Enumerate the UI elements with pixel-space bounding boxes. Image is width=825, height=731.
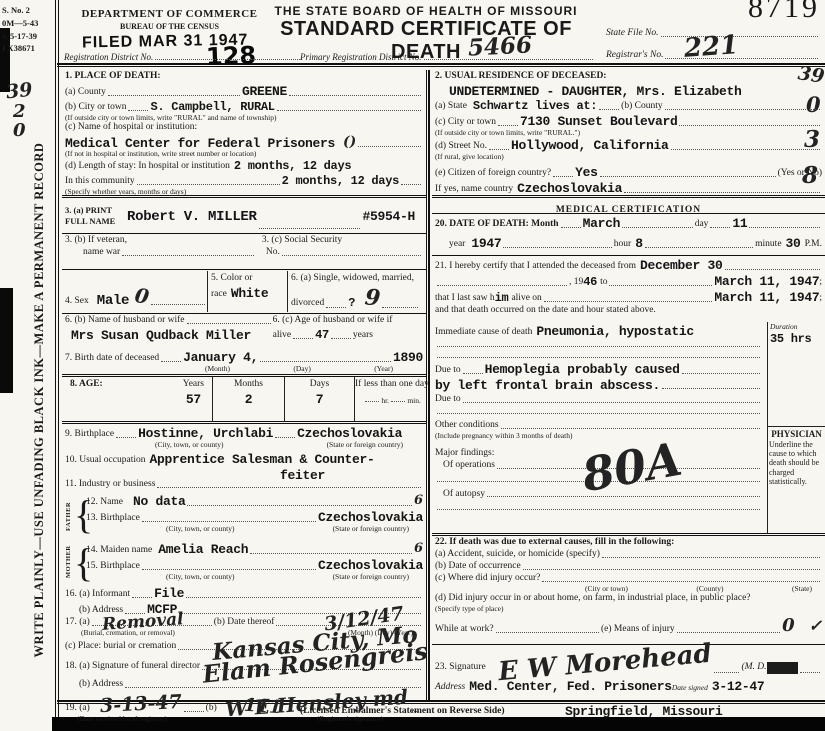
19-prefix: , 19 xyxy=(569,277,583,289)
fill-line xyxy=(391,400,405,402)
fill-line xyxy=(679,124,820,126)
spouse-name-field: 6. (b) Name of husband or wife Mrs Susan… xyxy=(65,315,273,347)
other-conditions-label: Other conditions xyxy=(435,420,499,432)
due-to-value-line1: Hemoplegia probably caused xyxy=(485,362,680,377)
informant-value: File xyxy=(154,586,184,601)
date-of-death-block: 20. DATE OF DEATH: Month March day 11 ye… xyxy=(432,214,825,256)
spouse-age-label: 6. (c) Age of husband or wife if xyxy=(273,315,423,327)
fill-line xyxy=(331,337,351,339)
length-note: (Specify whether years, months or days) xyxy=(65,188,423,196)
death-year-value: 1947 xyxy=(471,236,501,251)
sex-race-marital-row: 4. Sex Male 0 5. Color or race White 6. … xyxy=(62,270,426,314)
spouse-age-value: 47 xyxy=(315,328,329,342)
years-header: Years xyxy=(183,379,204,391)
fill-line xyxy=(187,322,271,324)
spouse-name-value: Mrs Susan Qudback Miller xyxy=(71,328,273,343)
state-label: (a) State xyxy=(435,101,467,113)
fill-line xyxy=(437,508,760,510)
county-label: (b) County xyxy=(621,101,662,113)
country-row: If yes, name country Czechoslovakia xyxy=(435,180,822,196)
section-heading: 2. USUAL RESIDENCE OF DECEASED: xyxy=(435,71,822,83)
mother-name-label: 14. Maiden name xyxy=(86,545,152,557)
fill-line xyxy=(725,268,820,270)
fill-line xyxy=(503,246,611,248)
date-received-handwritten: 3-13-47 xyxy=(99,691,182,717)
ssn-label: 3. (c) Social Security xyxy=(262,235,423,247)
month-note: (Month) xyxy=(205,365,230,373)
duration-label: Duration xyxy=(770,323,823,331)
birthplace-note-2: (State or foreign country) xyxy=(327,441,403,449)
duration-value: 35 hrs xyxy=(770,332,823,346)
birth-date-row: 7. Birth date of deceased January 4, 189… xyxy=(62,348,426,374)
fill-line xyxy=(463,401,760,403)
brace-glyph: { xyxy=(74,493,86,539)
alive-label: alive xyxy=(273,330,291,342)
certify-line1: 21. I hereby certify that I attended the… xyxy=(435,261,636,273)
birthplace-city-value: Hostinne, Urchlabi xyxy=(138,426,273,441)
injury-city-note: (City or town) xyxy=(585,585,628,593)
age-years: Years 57 xyxy=(183,379,204,419)
father-birthplace-label: 13. Birthplace xyxy=(86,513,140,525)
fill-line xyxy=(282,254,421,256)
father-block: FATHER { 12. Name No data 6 13. Birthpla… xyxy=(62,492,426,540)
death-minute-value: 30 xyxy=(786,236,801,251)
full-name-label-line2: FULL NAME xyxy=(65,216,127,227)
father-name-label: 12. Name xyxy=(86,497,123,509)
year-note: (Year) xyxy=(374,365,393,373)
right-column: 2. USUAL RESIDENCE OF DECEASED: UNDETERM… xyxy=(432,70,825,686)
occupation-row: 10. Usual occupation Apprentice Salesman… xyxy=(62,450,426,478)
left-column: 1. PLACE OF DEATH: (a) County GREENE (b)… xyxy=(62,70,426,718)
mother-birthplace-note-2: (State or foreign country) xyxy=(333,573,409,581)
registrar-no-value: 221 xyxy=(683,30,739,64)
fill-line xyxy=(293,337,313,339)
street-value: Hollywood, California xyxy=(511,138,669,153)
day-label: day xyxy=(695,219,709,231)
fill-line xyxy=(602,556,820,558)
registration-district-field: Registration District No. xyxy=(64,52,304,63)
father-birthplace-note-1: (City, town, or county) xyxy=(166,525,234,533)
birth-date-label: 7. Birth date of deceased xyxy=(65,353,159,365)
fill-line xyxy=(599,108,619,110)
fill-line xyxy=(365,400,379,402)
full-name-value: Robert V. MILLER xyxy=(127,209,257,225)
date-signed-label: Date signed xyxy=(672,684,708,692)
years-value: 57 xyxy=(183,392,204,407)
death-certificate-scan: S. No. 2 0M—5-43 v. 5-17-39 I X38671 WRI… xyxy=(0,0,825,731)
age-years-cell: 8. AGE: Years 57 xyxy=(62,377,212,421)
occupation-label: 10. Usual occupation xyxy=(65,455,145,467)
hr-label: hr. xyxy=(381,397,389,405)
country-label: If yes, name country xyxy=(435,184,513,196)
print-label: 3. (a) PRINT xyxy=(65,205,127,216)
age-box: 8. AGE: Years 57 Months 2 Days 7 If less… xyxy=(62,374,426,424)
community-value: 2 months, 12 days xyxy=(282,174,399,188)
due-to-label: Due to xyxy=(435,365,461,377)
handwritten-checkmark: ✓ xyxy=(809,616,822,635)
spouse-name-label: 6. (b) Name of husband or wife xyxy=(65,315,185,327)
state-file-label: State File No. xyxy=(606,28,659,40)
industry-label: 11. Industry or business xyxy=(65,479,155,491)
fill-line xyxy=(250,552,412,554)
fill-line xyxy=(501,427,760,429)
bureau-line: BUREAU OF THE CENSUS xyxy=(72,22,267,32)
fill-line xyxy=(437,412,760,414)
medical-certification-heading: MEDICAL CERTIFICATION xyxy=(432,198,825,214)
fill-line xyxy=(108,94,240,96)
him-typed: im xyxy=(495,291,509,305)
months-header: Months xyxy=(213,379,284,391)
primary-district-field: Primary Registration District No. xyxy=(300,52,595,63)
age-label: 8. AGE: xyxy=(70,379,103,419)
fill-line xyxy=(157,486,421,488)
major-findings-label: Major findings: xyxy=(435,448,494,460)
scan-artifact xyxy=(0,288,13,393)
primary-district-label: Primary Registration District No. xyxy=(300,52,422,63)
injury-state-note: (State) xyxy=(792,585,812,593)
fill-line xyxy=(542,580,820,582)
fill-line xyxy=(275,436,295,438)
fill-line xyxy=(800,671,820,673)
birthplace-label: 9. Birthplace xyxy=(65,429,114,441)
registrar-no-label: Registrar's No. xyxy=(606,50,663,62)
fill-line xyxy=(382,306,418,308)
funeral-director-block: 18. (a) Signature of funeral director (b… xyxy=(62,660,426,690)
hour-label: hour xyxy=(614,239,631,251)
length-of-stay-label: (d) Length of stay: In hospital or insti… xyxy=(65,161,230,173)
fill-line xyxy=(710,226,730,228)
hospital-note: (If not in hospital or institution, writ… xyxy=(65,150,423,158)
fill-line xyxy=(671,148,820,150)
physician-address-label: Address xyxy=(435,682,465,694)
fill-line xyxy=(401,183,421,185)
death-day-value: 11 xyxy=(732,216,747,231)
date-of-death-label: 20. DATE OF DEATH: Month xyxy=(435,219,559,231)
country-value: Czechoslovakia xyxy=(517,181,622,196)
day-note: (Day) xyxy=(293,365,311,373)
mother-birthplace-value: Czechoslovakia xyxy=(318,558,423,573)
days-value: 7 xyxy=(285,392,354,407)
handwritten-margin-mark: 39 xyxy=(5,79,34,104)
fill-line xyxy=(523,568,820,570)
alive-on-label: alive on xyxy=(511,293,541,305)
birthplace-country-value: Czechoslovakia xyxy=(297,426,402,441)
board-title: THE STATE BOARD OF HEALTH OF MISSOURI xyxy=(258,4,594,18)
duration-physician-rail: Duration 35 hrs PHYSICIAN Underline the … xyxy=(767,322,825,533)
fill-line xyxy=(665,108,820,110)
city-value: S. Campbell, RURAL xyxy=(150,100,274,114)
handwritten-mark: 6 xyxy=(414,541,423,556)
fill-line xyxy=(498,124,518,126)
fill-line xyxy=(358,145,421,147)
death-hour-value: 8 xyxy=(635,236,643,251)
footer-city-value: Springfield, Missouri xyxy=(565,704,825,719)
section-heading: 1. PLACE OF DEATH: xyxy=(65,71,423,83)
race-label-line1: 5. Color or xyxy=(211,273,284,285)
attended-to-value: March 11, 1947 xyxy=(714,274,819,289)
brace-glyph: { xyxy=(74,541,86,583)
year-label: year xyxy=(449,239,465,251)
external-causes-heading: 22. If death was due to external causes,… xyxy=(435,537,822,549)
handwritten-mark: () xyxy=(343,134,356,150)
less-than-day-cell: If less than one day hr. min. xyxy=(354,377,429,421)
fill-line xyxy=(155,58,302,60)
injury-where-label: (c) Where did injury occur? xyxy=(435,573,540,585)
received-note: (Date received local registrar) xyxy=(77,715,167,723)
citizen-row: (e) Citizen of foreign country? Yes (Yes… xyxy=(435,164,822,180)
fill-line xyxy=(151,303,205,305)
spouse-row: 6. (b) Name of husband or wife Mrs Susan… xyxy=(62,314,426,348)
fill-line xyxy=(326,306,346,308)
father-name-value: No data xyxy=(133,494,186,509)
fill-line xyxy=(682,372,760,374)
injury-place-note: (Specify type of place) xyxy=(435,605,822,613)
residence-typed-line2: Schwartz lives at: xyxy=(473,99,597,113)
city-label: (b) City or town xyxy=(65,102,126,114)
handwritten-mark: 9 xyxy=(364,284,382,311)
section-usual-residence: 2. USUAL RESIDENCE OF DECEASED: UNDETERM… xyxy=(432,70,825,198)
sex-label: 4. Sex xyxy=(65,296,89,308)
citizen-note: (Yes or No) xyxy=(778,168,822,180)
marital-value: ? xyxy=(348,296,355,310)
fill-line xyxy=(714,671,740,673)
veteran-ssn-row: 3. (b) If veteran, name war 3. (c) Socia… xyxy=(62,234,426,270)
fill-line xyxy=(463,372,483,374)
handwritten-mark: 0 xyxy=(133,283,151,309)
full-name-row: 3. (a) PRINT FULL NAME Robert V. MILLER … xyxy=(62,198,426,234)
external-causes-block: 22. If death was due to external causes,… xyxy=(432,536,825,644)
physician-instruction-box: PHYSICIAN Underline the cause to which d… xyxy=(768,426,825,533)
street-note: (If rural, give location) xyxy=(435,153,822,161)
fill-line xyxy=(142,568,316,570)
fill-line xyxy=(289,94,421,96)
prisoner-number-value: #5954-H xyxy=(362,209,415,224)
sex-value: Male xyxy=(97,293,129,309)
other-conditions-note: (Include pregnancy within 3 months of de… xyxy=(435,432,822,440)
semicolon: ; xyxy=(819,293,822,305)
immediate-cause-label: Immediate cause of death xyxy=(435,327,532,339)
mother-block: MOTHER { 14. Maiden name Amelia Reach 6 … xyxy=(62,540,426,584)
hospital-label: (c) Name of hospital or institution: xyxy=(65,122,423,134)
city-row: (b) City or town S. Campbell, RURAL xyxy=(65,99,423,114)
veteran-field: 3. (b) If veteran, name war xyxy=(65,235,262,268)
date-thereof-label: (b) Date thereof xyxy=(214,617,275,629)
name-war-label: name war xyxy=(83,247,120,259)
race-field: 5. Color or race White xyxy=(207,271,287,312)
of-autopsy-label: Of autopsy xyxy=(443,489,485,501)
race-value: White xyxy=(231,286,269,301)
minute-label: minute xyxy=(755,239,781,251)
full-name-label: 3. (a) PRINT FULL NAME xyxy=(65,205,127,226)
fill-line xyxy=(645,246,753,248)
margin-rule xyxy=(55,0,59,717)
fill-line xyxy=(544,300,713,302)
mother-side-label: MOTHER xyxy=(65,541,74,583)
residence-city-row: (c) City or town 7130 Sunset Boulevard xyxy=(435,113,822,129)
md-label: (M. D. xyxy=(741,662,766,674)
fill-line xyxy=(553,175,573,177)
fill-line xyxy=(184,710,204,712)
fill-line xyxy=(496,631,599,633)
fill-line xyxy=(437,356,760,358)
age-days-cell: Days 7 xyxy=(284,377,354,421)
informant-label: 16. (a) Informant xyxy=(65,589,130,601)
fill-line xyxy=(624,191,820,193)
county-value: GREENE xyxy=(242,84,287,99)
birth-date-value: January 4, xyxy=(183,350,258,365)
residence-city-value: 7130 Sunset Boulevard xyxy=(520,114,678,129)
county-label: (a) County xyxy=(65,87,106,99)
of-operations-label: Of operations xyxy=(443,460,495,472)
fill-line xyxy=(116,436,136,438)
to-label: to xyxy=(600,277,607,289)
embalmer-statement-note: (Licensed Embalmer's Statement on Revers… xyxy=(300,706,504,718)
funeral-director-address-label: (b) Address xyxy=(79,679,123,691)
registrar-sig-prefix: (b) xyxy=(206,703,217,715)
ssn-field: 3. (c) Social Security No. xyxy=(262,235,423,268)
citizen-label: (e) Citizen of foreign country? xyxy=(435,168,551,180)
sex-field: 4. Sex Male 0 xyxy=(65,271,207,312)
length-of-stay-value: 2 months, 12 days xyxy=(234,159,351,173)
from-year-value: 46 xyxy=(583,275,597,289)
stock-code-line: I X38671 xyxy=(2,42,38,55)
occurrence-date-label: (b) Date of occurrence xyxy=(435,561,521,573)
handwritten-mark: 0 xyxy=(782,615,795,636)
father-birthplace-note-2: (State or foreign country) xyxy=(333,525,409,533)
due-to-2-label: Due to xyxy=(435,394,461,406)
street-row: (d) Street No. Hollywood, California xyxy=(435,137,822,153)
handwritten-margin-mark: 2 xyxy=(13,101,26,122)
birth-year-value: 1890 xyxy=(393,350,423,365)
marital-label-line1: 6. (a) Single, widowed, married, xyxy=(291,273,420,285)
injury-place-label: (d) Did injury occur in or about home, o… xyxy=(435,593,822,605)
stock-code-line: v. 5-17-39 xyxy=(2,30,38,43)
signature-label: 23. Signature xyxy=(435,662,486,674)
father-side-label: FATHER xyxy=(65,493,74,539)
injury-county-note: (County) xyxy=(696,585,723,593)
physician-address-value: Med. Center, Fed. Prisoners xyxy=(469,679,672,694)
community-label: In this community xyxy=(65,176,135,188)
father-birthplace-value: Czechoslovakia xyxy=(318,510,423,525)
handwritten-margin-mark: 0 xyxy=(13,120,26,141)
fill-line xyxy=(142,520,316,522)
residence-city-label: (c) City or town xyxy=(435,117,496,129)
fill-line xyxy=(277,109,421,111)
physician-note: Underline the cause to which death shoul… xyxy=(769,440,824,487)
stock-code-line: S. No. 2 xyxy=(2,4,38,17)
fill-line xyxy=(600,175,776,177)
stock-code-line: 0M—5-43 xyxy=(2,17,38,30)
md-blotted-text: XXXX xyxy=(767,662,798,674)
fill-line xyxy=(489,148,509,150)
residence-typed-line1: UNDETERMINED - DAUGHTER, Mrs. Elizabeth xyxy=(449,84,822,99)
fill-line xyxy=(122,254,254,256)
fill-line xyxy=(260,360,391,362)
attended-from-value: December 30 xyxy=(640,258,723,273)
certify-line3: and that death occurred on the date and … xyxy=(435,305,822,317)
fill-line xyxy=(677,631,780,633)
form-stock-codes: S. No. 2 0M—5-43 v. 5-17-39 I X38671 xyxy=(2,4,38,55)
handwritten-mark: 6 xyxy=(414,493,423,508)
race-label-line2: race xyxy=(211,289,227,301)
fill-line xyxy=(132,596,152,598)
months-value: 2 xyxy=(213,392,284,407)
years-suffix-label: years xyxy=(353,330,373,342)
spouse-age-field: 6. (c) Age of husband or wife if alive 4… xyxy=(273,315,423,347)
semicolon: ; xyxy=(819,277,822,289)
fill-line xyxy=(137,183,280,185)
fill-line xyxy=(662,387,760,389)
fill-line xyxy=(561,226,581,228)
fill-line xyxy=(128,109,148,111)
marital-label-line2: divorced xyxy=(291,298,324,310)
funeral-director-label: 18. (a) Signature of funeral director xyxy=(65,661,200,673)
citizen-value: Yes xyxy=(575,165,598,180)
industry-row: 11. Industry or business xyxy=(62,478,426,492)
state-county-row: (a) State Schwartz lives at: (b) County xyxy=(435,98,822,113)
mother-birthplace-note-1: (City, town, or county) xyxy=(166,573,234,581)
means-of-injury-label: (e) Means of injury xyxy=(601,624,675,636)
last-alive-value: March 11, 1947 xyxy=(714,290,819,305)
burial-place-label: (c) Place: burial or cremation xyxy=(65,641,176,653)
physician-title: PHYSICIAN xyxy=(769,429,824,440)
community-row: In this community 2 months, 12 days xyxy=(65,173,423,188)
length-of-stay-row: (d) Length of stay: In hospital or insti… xyxy=(65,158,423,173)
registration-district-label: Registration District No. xyxy=(64,52,153,63)
section-place-of-death: 1. PLACE OF DEATH: (a) County GREENE (b)… xyxy=(62,70,426,198)
county-row: (a) County GREENE xyxy=(65,83,423,99)
fill-line xyxy=(186,596,421,598)
mother-name-value: Amelia Reach xyxy=(158,542,248,557)
days-header: Days xyxy=(285,379,354,391)
fill-line xyxy=(609,284,712,286)
fill-line xyxy=(622,226,693,228)
min-label: min. xyxy=(407,397,421,405)
pm-label: P.M. xyxy=(805,239,822,251)
mother-birthplace-label: 15. Birthplace xyxy=(86,561,140,573)
while-at-work-label: While at work? xyxy=(435,624,494,636)
handwritten-111-mark: 111 xyxy=(243,695,282,719)
primary-district-value: 5466 xyxy=(467,31,532,61)
physician-signature-block: 23. Signature E W Morehead (M. D. XXXX A… xyxy=(432,644,825,686)
hospital-row: Medical Center for Federal Prisoners () xyxy=(65,134,423,150)
age-months-cell: Months 2 xyxy=(212,377,284,421)
department-line: DEPARTMENT OF COMMERCE xyxy=(72,8,267,22)
cause-of-death-block: Immediate cause of death Pneumonia, hypo… xyxy=(432,322,825,536)
fill-line xyxy=(161,360,181,362)
birthplace-row: 9. Birthplace Hostinne, Urchlabi Czechos… xyxy=(62,424,426,450)
immediate-cause-value: Pneumonia, hypostatic xyxy=(536,324,694,339)
due-to-value-line2: by left frontal brain abscess. xyxy=(435,378,660,393)
date-signed-value: 3-12-47 xyxy=(712,679,765,694)
less-than-day-header: If less than one day xyxy=(355,379,429,391)
death-month-value: March xyxy=(583,216,621,231)
last-saw-line: that I last saw h xyxy=(435,293,495,305)
margin-vertical-instruction: WRITE PLAINLY—USE UNFADING BLACK INK—MAK… xyxy=(32,70,48,730)
street-label: (d) Street No. xyxy=(435,141,487,153)
accident-label: (a) Accident, suicide, or homicide (spec… xyxy=(435,549,600,561)
veteran-label: 3. (b) If veteran, xyxy=(65,235,256,247)
birthplace-note-1: (City, town, or county) xyxy=(155,441,223,449)
ssn-no-label: No. xyxy=(266,247,280,259)
fill-line xyxy=(437,284,567,286)
issuing-department: DEPARTMENT OF COMMERCE BUREAU OF THE CEN… xyxy=(72,8,267,32)
fill-line xyxy=(187,504,412,506)
fill-line xyxy=(437,345,760,347)
occupation-value-line1: Apprentice Salesman & Counter- xyxy=(149,452,374,467)
city-note: (If outside city or town limits, write "… xyxy=(65,114,423,122)
certificate-serial-number: 8719 xyxy=(748,0,820,25)
